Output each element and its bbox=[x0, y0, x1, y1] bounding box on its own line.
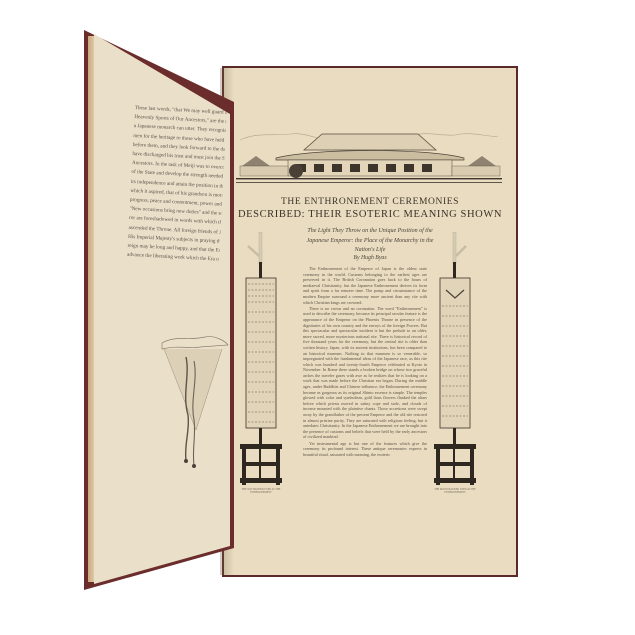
left-page-text: These last words, "that We may well guar… bbox=[127, 104, 227, 265]
article-subtitle: The Light They Throw on the Unique Posit… bbox=[300, 227, 440, 256]
article-body: The Enthronement of the Emperor of Japan… bbox=[303, 266, 427, 458]
title-line-2: DESCRIBED: THEIR ESOTERIC MEANING SHOWN bbox=[228, 208, 512, 221]
dragon-ornament-illustration bbox=[160, 335, 230, 475]
palace-hall-illustration bbox=[236, 130, 502, 186]
sun-banner-icon bbox=[238, 232, 284, 490]
title-line-1: THE ENTHRONEMENT CEREMONIES bbox=[228, 196, 512, 208]
moon-banner-icon bbox=[432, 232, 478, 490]
paragraph: Yet instrumental age is but one of the f… bbox=[303, 441, 427, 458]
right-banner-caption: THE MOON BANNER USED AT THE ENTHRONEMENT bbox=[425, 488, 485, 495]
paragraph: The Enthronement of the Emperor of Japan… bbox=[303, 266, 427, 305]
article-title: THE ENTHRONEMENT CEREMONIES DESCRIBED: T… bbox=[228, 196, 512, 221]
left-banner-caption: THE SUN BANNER USED AT THE ENTHRONEMENT bbox=[231, 488, 291, 495]
book-photo: These last words, "that We may well guar… bbox=[0, 0, 635, 635]
paragraph: There is no crown and no coronation. The… bbox=[303, 306, 427, 440]
byline: By Hugh Byas bbox=[300, 255, 440, 261]
